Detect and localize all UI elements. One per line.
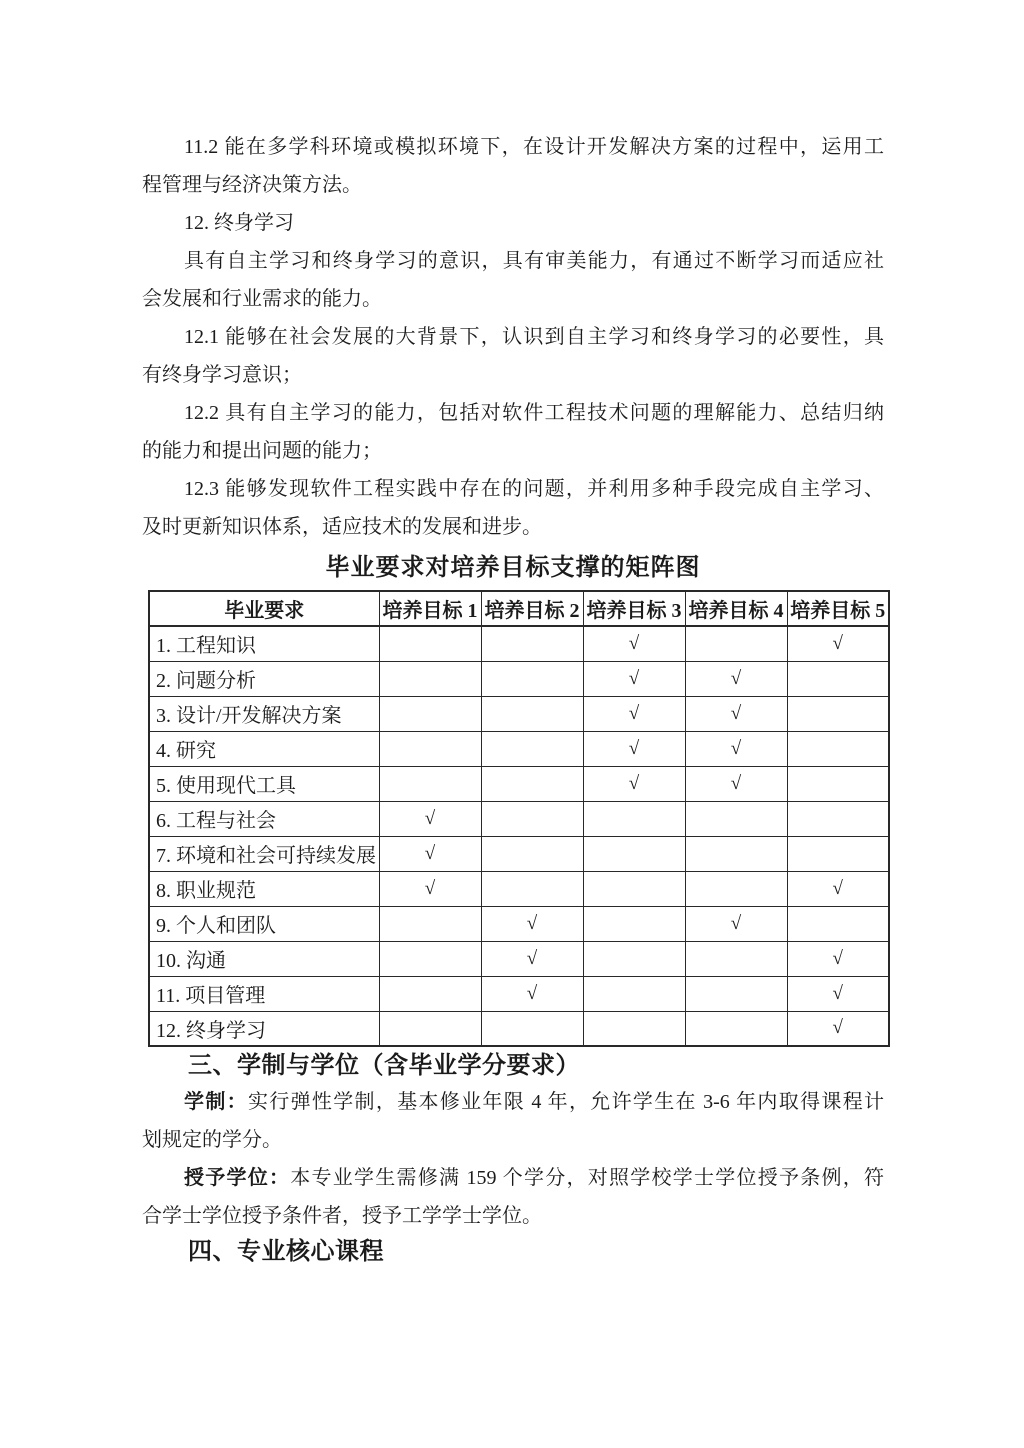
matrix-empty-cell — [583, 941, 685, 976]
section-heading-core-courses: 四、专业核心课程 — [142, 1235, 884, 1269]
matrix-empty-cell — [583, 976, 685, 1011]
body-paragraph: 12.2 具有自主学习的能力，包括对软件工程技术问题的理解能力、总结归纳 的能力… — [142, 394, 884, 470]
matrix-empty-cell — [481, 626, 583, 661]
matrix-empty-cell — [787, 801, 889, 836]
matrix-col-header: 毕业要求 — [149, 591, 379, 626]
text-line: 授予学位：本专业学生需修满 159 个学分，对照学校学士学位授予条例，符 — [142, 1159, 884, 1197]
matrix-empty-cell — [481, 801, 583, 836]
matrix-check-cell: √ — [787, 626, 889, 661]
matrix-empty-cell — [379, 766, 481, 801]
paragraph-text: 实行弹性学制，基本修业年限 4 年，允许学生在 3-6 年内取得课程计 — [248, 1091, 884, 1113]
matrix-check-cell: √ — [787, 976, 889, 1011]
matrix-empty-cell — [787, 696, 889, 731]
matrix-row-label: 2. 问题分析 — [149, 661, 379, 696]
matrix-row: 7. 环境和社会可持续发展√ — [149, 836, 889, 871]
matrix-empty-cell — [787, 766, 889, 801]
matrix-row-label: 10. 沟通 — [149, 941, 379, 976]
matrix-empty-cell — [481, 1011, 583, 1046]
matrix-empty-cell — [583, 801, 685, 836]
matrix-row: 6. 工程与社会√ — [149, 801, 889, 836]
matrix-row: 12. 终身学习√ — [149, 1011, 889, 1046]
matrix-check-cell: √ — [583, 626, 685, 661]
matrix-check-cell: √ — [787, 941, 889, 976]
matrix-header: 毕业要求 培养目标 1 培养目标 2 培养目标 3 培养目标 4 培养目标 5 — [149, 591, 889, 626]
matrix-empty-cell — [787, 661, 889, 696]
paragraph-lead: 授予学位： — [184, 1167, 290, 1189]
matrix-check-cell: √ — [583, 731, 685, 766]
matrix-empty-cell — [481, 661, 583, 696]
matrix-check-cell: √ — [379, 836, 481, 871]
matrix-row-label: 4. 研究 — [149, 731, 379, 766]
matrix-empty-cell — [379, 1011, 481, 1046]
matrix-col-header: 培养目标 4 — [685, 591, 787, 626]
paragraph-text: 本专业学生需修满 159 个学分，对照学校学士学位授予条例，符 — [290, 1167, 884, 1189]
matrix-check-cell: √ — [583, 661, 685, 696]
text-line: 12.1 能够在社会发展的大背景下，认识到自主学习和终身学习的必要性，具 — [142, 318, 884, 356]
matrix-col-header: 培养目标 1 — [379, 591, 481, 626]
matrix-empty-cell — [787, 836, 889, 871]
matrix-col-header: 培养目标 5 — [787, 591, 889, 626]
matrix-row: 9. 个人和团队√√ — [149, 906, 889, 941]
document-page: 11.2 能在多学科环境或模拟环境下，在设计开发解决方案的过程中，运用工 程管理… — [0, 0, 1024, 1448]
matrix-empty-cell — [481, 836, 583, 871]
matrix-empty-cell — [481, 696, 583, 731]
matrix-empty-cell — [481, 766, 583, 801]
matrix-empty-cell — [583, 836, 685, 871]
matrix-empty-cell — [379, 906, 481, 941]
matrix-empty-cell — [379, 731, 481, 766]
text-line: 12.2 具有自主学习的能力，包括对软件工程技术问题的理解能力、总结归纳 — [142, 394, 884, 432]
matrix-check-cell: √ — [787, 1011, 889, 1046]
matrix-row: 8. 职业规范√√ — [149, 871, 889, 906]
matrix-check-cell: √ — [481, 976, 583, 1011]
body-paragraph: 12.3 能够发现软件工程实践中存在的问题，并利用多种手段完成自主学习、 及时更… — [142, 470, 884, 546]
matrix-row: 5. 使用现代工具√√ — [149, 766, 889, 801]
matrix-check-cell: √ — [685, 661, 787, 696]
text-line: 12. 终身学习 — [142, 204, 884, 242]
matrix-empty-cell — [379, 626, 481, 661]
matrix-header-row: 毕业要求 培养目标 1 培养目标 2 培养目标 3 培养目标 4 培养目标 5 — [149, 591, 889, 626]
body-paragraph: 具有自主学习和终身学习的意识，具有审美能力，有通过不断学习而适应社 会发展和行业… — [142, 242, 884, 318]
matrix-empty-cell — [685, 801, 787, 836]
degree-paragraph: 授予学位：本专业学生需修满 159 个学分，对照学校学士学位授予条例，符 合学士… — [142, 1159, 884, 1235]
body-paragraph: 12. 终身学习 — [142, 204, 884, 242]
matrix-empty-cell — [787, 906, 889, 941]
matrix-row-label: 12. 终身学习 — [149, 1011, 379, 1046]
text-line: 有终身学习意识； — [142, 356, 884, 394]
matrix-empty-cell — [379, 976, 481, 1011]
schooling-paragraph: 学制：实行弹性学制，基本修业年限 4 年，允许学生在 3-6 年内取得课程计 划… — [142, 1083, 884, 1159]
matrix-row-label: 3. 设计/开发解决方案 — [149, 696, 379, 731]
text-line: 及时更新知识体系，适应技术的发展和进步。 — [142, 508, 884, 546]
matrix-empty-cell — [685, 871, 787, 906]
matrix-row: 11. 项目管理√√ — [149, 976, 889, 1011]
matrix-row-label: 8. 职业规范 — [149, 871, 379, 906]
matrix-row: 2. 问题分析√√ — [149, 661, 889, 696]
text-line: 12.3 能够发现软件工程实践中存在的问题，并利用多种手段完成自主学习、 — [142, 470, 884, 508]
matrix-check-cell: √ — [379, 871, 481, 906]
text-line: 程管理与经济决策方法。 — [142, 166, 884, 204]
matrix-check-cell: √ — [481, 906, 583, 941]
matrix-row-label: 5. 使用现代工具 — [149, 766, 379, 801]
matrix-empty-cell — [481, 731, 583, 766]
matrix-row-label: 7. 环境和社会可持续发展 — [149, 836, 379, 871]
matrix-row-label: 1. 工程知识 — [149, 626, 379, 661]
matrix-empty-cell — [583, 871, 685, 906]
matrix-empty-cell — [583, 1011, 685, 1046]
matrix-check-cell: √ — [787, 871, 889, 906]
matrix-empty-cell — [787, 731, 889, 766]
matrix-col-header: 培养目标 3 — [583, 591, 685, 626]
matrix-row: 1. 工程知识√√ — [149, 626, 889, 661]
text-line: 合学士学位授予条件者，授予工学学士学位。 — [142, 1197, 884, 1235]
matrix-check-cell: √ — [583, 766, 685, 801]
body-paragraph: 11.2 能在多学科环境或模拟环境下，在设计开发解决方案的过程中，运用工 程管理… — [142, 128, 884, 204]
matrix-row: 10. 沟通√√ — [149, 941, 889, 976]
matrix-empty-cell — [379, 696, 481, 731]
text-line: 11.2 能在多学科环境或模拟环境下，在设计开发解决方案的过程中，运用工 — [142, 128, 884, 166]
matrix-body: 1. 工程知识√√2. 问题分析√√3. 设计/开发解决方案√√4. 研究√√5… — [149, 626, 889, 1046]
matrix-row-label: 9. 个人和团队 — [149, 906, 379, 941]
matrix-check-cell: √ — [481, 941, 583, 976]
matrix-check-cell: √ — [685, 731, 787, 766]
paragraph-lead: 学制： — [184, 1091, 248, 1113]
matrix-title: 毕业要求对培养目标支撑的矩阵图 — [142, 546, 884, 590]
text-line: 会发展和行业需求的能力。 — [142, 280, 884, 318]
matrix-row: 3. 设计/开发解决方案√√ — [149, 696, 889, 731]
matrix-check-cell: √ — [685, 766, 787, 801]
matrix-empty-cell — [685, 1011, 787, 1046]
matrix-empty-cell — [685, 941, 787, 976]
matrix-empty-cell — [583, 906, 685, 941]
text-line: 的能力和提出问题的能力； — [142, 432, 884, 470]
matrix-row: 4. 研究√√ — [149, 731, 889, 766]
matrix-empty-cell — [481, 871, 583, 906]
matrix-check-cell: √ — [583, 696, 685, 731]
text-line: 学制：实行弹性学制，基本修业年限 4 年，允许学生在 3-6 年内取得课程计 — [142, 1083, 884, 1121]
text-line: 具有自主学习和终身学习的意识，具有审美能力，有通过不断学习而适应社 — [142, 242, 884, 280]
matrix-empty-cell — [685, 976, 787, 1011]
body-paragraph: 12.1 能够在社会发展的大背景下，认识到自主学习和终身学习的必要性，具 有终身… — [142, 318, 884, 394]
matrix-empty-cell — [685, 836, 787, 871]
text-line: 划规定的学分。 — [142, 1121, 884, 1159]
matrix-row-label: 11. 项目管理 — [149, 976, 379, 1011]
matrix-check-cell: √ — [379, 801, 481, 836]
matrix-check-cell: √ — [685, 696, 787, 731]
matrix-empty-cell — [685, 626, 787, 661]
matrix-col-header: 培养目标 2 — [481, 591, 583, 626]
matrix-empty-cell — [379, 941, 481, 976]
matrix-check-cell: √ — [685, 906, 787, 941]
support-matrix-table: 毕业要求 培养目标 1 培养目标 2 培养目标 3 培养目标 4 培养目标 5 … — [148, 590, 890, 1047]
matrix-row-label: 6. 工程与社会 — [149, 801, 379, 836]
section-heading-duration-degree: 三、学制与学位（含毕业学分要求） — [142, 1049, 884, 1083]
matrix-empty-cell — [379, 661, 481, 696]
